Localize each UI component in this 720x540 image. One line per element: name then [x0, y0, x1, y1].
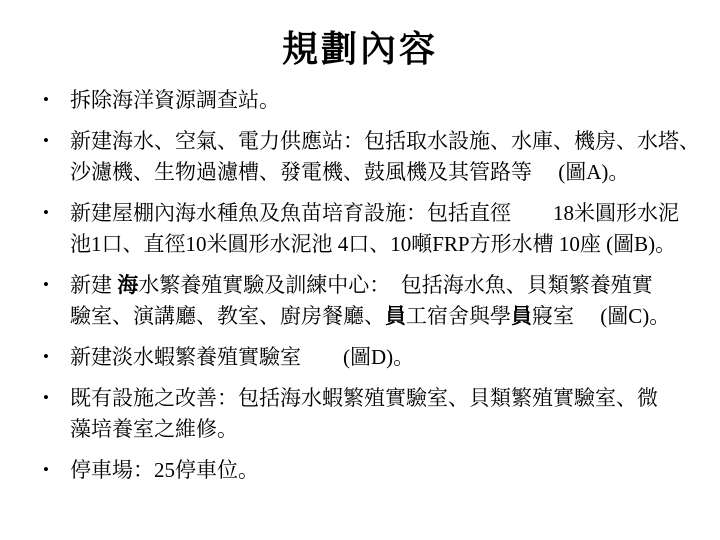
- bullet-marker: •: [43, 84, 49, 115]
- text-segment: 新建: [70, 273, 117, 297]
- bullet-marker: •: [43, 125, 49, 156]
- bullet-marker: •: [43, 269, 49, 300]
- bullet-line: 新建 海水繁養殖實驗及訓練中心： 包括海水魚、貝類繁養殖實: [70, 270, 710, 301]
- bullet-line: 停車場：25停車位。: [70, 455, 710, 486]
- bullet-item: •停車場：25停車位。: [37, 455, 710, 486]
- slide-title: 規劃內容: [0, 0, 720, 70]
- presentation-slide: 規劃內容 •拆除海洋資源調查站。•新建海水、空氣、電力供應站：包括取水設施、水庫…: [0, 0, 720, 540]
- text-segment: 海: [117, 273, 138, 297]
- bullet-line: 新建海水、空氣、電力供應站：包括取水設施、水庫、機房、水塔、: [70, 126, 710, 157]
- bullet-marker: •: [43, 382, 49, 413]
- bullet-line: 新建淡水蝦繁養殖實驗室 (圖D)。: [70, 342, 710, 373]
- text-segment: 停車場：25停車位。: [70, 458, 259, 482]
- text-segment: 既有設施之改善：包括海水蝦繁殖實驗室、貝類繁殖實驗室、微: [70, 386, 658, 410]
- text-segment: 工宿舍與學: [406, 304, 511, 328]
- bullet-marker: •: [43, 454, 49, 485]
- bullet-line: 新建屋棚內海水種魚及魚苗培育設施：包括直徑 18米圓形水泥: [70, 198, 710, 229]
- bullet-item: •新建淡水蝦繁養殖實驗室 (圖D)。: [37, 342, 710, 373]
- text-segment: 池1口、直徑10米圓形水泥池 4口、10噸FRP方形水槽 10座 (圖B)。: [70, 232, 676, 256]
- text-segment: 拆除海洋資源調查站。: [70, 88, 280, 112]
- bullet-marker: •: [43, 341, 49, 372]
- bullet-item: •新建 海水繁養殖實驗及訓練中心： 包括海水魚、貝類繁養殖實驗室、演講廳、教室、…: [37, 270, 710, 332]
- bullet-line: 藻培養室之維修。: [70, 414, 710, 445]
- text-segment: 藻培養室之維修。: [70, 417, 238, 441]
- bullet-list: •拆除海洋資源調查站。•新建海水、空氣、電力供應站：包括取水設施、水庫、機房、水…: [0, 85, 720, 486]
- bullet-line: 既有設施之改善：包括海水蝦繁殖實驗室、貝類繁殖實驗室、微: [70, 383, 710, 414]
- text-segment: 沙濾機、生物過濾槽、發電機、鼓風機及其管路等 (圖A)。: [70, 160, 629, 184]
- bullet-line: 池1口、直徑10米圓形水泥池 4口、10噸FRP方形水槽 10座 (圖B)。: [70, 229, 710, 260]
- text-segment: 新建淡水蝦繁養殖實驗室 (圖D)。: [70, 345, 414, 369]
- bullet-line: 沙濾機、生物過濾槽、發電機、鼓風機及其管路等 (圖A)。: [70, 157, 710, 188]
- text-segment: 新建屋棚內海水種魚及魚苗培育設施：包括直徑 18米圓形水泥: [70, 201, 679, 225]
- text-segment: 驗室、演講廳、教室、廚房餐廳、: [70, 304, 385, 328]
- bullet-line: 驗室、演講廳、教室、廚房餐廳、員工宿舍與學員寢室 (圖C)。: [70, 301, 710, 332]
- bullet-line: 拆除海洋資源調查站。: [70, 85, 710, 116]
- text-segment: 員: [385, 304, 406, 328]
- text-segment: 新建海水、空氣、電力供應站：包括取水設施、水庫、機房、水塔、: [70, 129, 700, 153]
- text-segment: 寢室 (圖C)。: [532, 304, 670, 328]
- text-segment: 員: [511, 304, 532, 328]
- bullet-item: •新建海水、空氣、電力供應站：包括取水設施、水庫、機房、水塔、沙濾機、生物過濾槽…: [37, 126, 710, 188]
- text-segment: 水繁養殖實驗及訓練中心： 包括海水魚、貝類繁養殖實: [138, 273, 653, 297]
- bullet-item: •既有設施之改善：包括海水蝦繁殖實驗室、貝類繁殖實驗室、微藻培養室之維修。: [37, 383, 710, 445]
- bullet-item: •拆除海洋資源調查站。: [37, 85, 710, 116]
- bullet-marker: •: [43, 197, 49, 228]
- bullet-item: •新建屋棚內海水種魚及魚苗培育設施：包括直徑 18米圓形水泥池1口、直徑10米圓…: [37, 198, 710, 260]
